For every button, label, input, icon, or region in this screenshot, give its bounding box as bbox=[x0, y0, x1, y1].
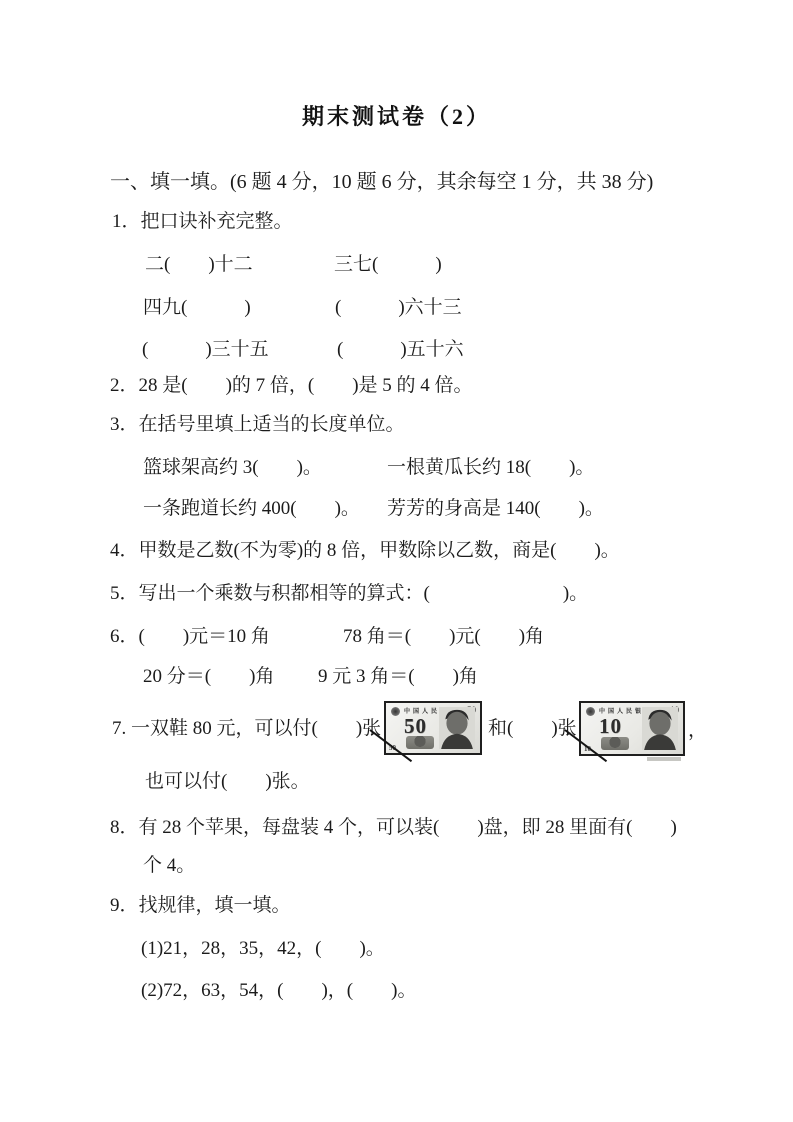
page-title: 期末测试卷（2） bbox=[0, 100, 793, 131]
question-8-line2: 个 4。 bbox=[143, 853, 195, 879]
q9-item-1: (1)21，28，35，42，( )。 bbox=[141, 936, 385, 962]
national-emblem-icon bbox=[586, 707, 595, 716]
q7-trailing-comma: ， bbox=[688, 718, 707, 744]
q9-item-2: (2)72，63，54，( )，( )。 bbox=[141, 978, 416, 1004]
q3-row2-left: 一条跑道长约 400( )。 bbox=[143, 496, 360, 522]
q6-row2-left: 20 分＝( )角 bbox=[143, 664, 274, 690]
q1-row3-left: ( )三十五 bbox=[142, 337, 269, 363]
note-caption-sliver bbox=[647, 757, 681, 761]
q7-text-part1: 7. 一双鞋 80 元，可以付( )张 bbox=[112, 716, 381, 742]
question-9-label: 9．找规律，填一填。 bbox=[110, 893, 291, 919]
q1-row1-right: 三七( ) bbox=[334, 252, 442, 278]
banknote-ornament bbox=[601, 737, 629, 750]
q3-row1-right: 一根黄瓜长约 18( )。 bbox=[387, 455, 594, 481]
section-one-heading: 一、填一填。(6 题 4 分，10 题 6 分，其余每空 1 分，共 38 分) bbox=[110, 169, 653, 195]
national-emblem-icon bbox=[391, 707, 400, 716]
question-1-label: 1．把口诀补充完整。 bbox=[112, 209, 293, 235]
banknote-ornament bbox=[406, 736, 434, 749]
banknote-50-yuan: 中国人民银行 50 50 50 bbox=[384, 701, 482, 755]
banknote-10-yuan: 中国人民银行 10 10 10 bbox=[579, 701, 685, 756]
q3-row1-left: 篮球架高约 3( )。 bbox=[143, 455, 322, 481]
q3-row2-right: 芳芳的身高是 140( )。 bbox=[387, 496, 604, 522]
q6-row1-left: 6．( )元＝10 角 bbox=[110, 624, 270, 650]
q1-row2-right: ( )六十三 bbox=[335, 295, 462, 321]
question-4-label: 4．甲数是乙数(不为零)的 8 倍，甲数除以乙数，商是( )。 bbox=[110, 538, 620, 564]
question-3-label: 3．在括号里填上适当的长度单位。 bbox=[110, 412, 405, 438]
q7-line2: 也可以付( )张。 bbox=[145, 769, 310, 795]
q6-row1-right: 78 角＝( )元( )角 bbox=[343, 624, 544, 650]
question-8-line1: 8．有 28 个苹果，每盘装 4 个，可以装( )盘，即 28 里面有( ) bbox=[110, 815, 677, 841]
mao-portrait bbox=[439, 707, 475, 749]
q7-text-part2: 和( )张 bbox=[488, 716, 577, 742]
test-paper-page: 期末测试卷（2） 一、填一填。(6 题 4 分，10 题 6 分，其余每空 1 … bbox=[0, 0, 793, 1122]
banknote-10-value: 10 bbox=[599, 714, 622, 739]
mao-portrait bbox=[642, 707, 678, 750]
q1-row1-left: 二( )十二 bbox=[145, 252, 253, 278]
q1-row2-left: 四九( ) bbox=[143, 295, 251, 321]
question-2-label: 2．28 是( )的 7 倍，( )是 5 的 4 倍。 bbox=[110, 373, 473, 399]
question-5-label: 5．写出一个乘数与积都相等的算式：( )。 bbox=[110, 581, 588, 607]
q6-row2-right: 9 元 3 角＝( )角 bbox=[318, 664, 478, 690]
q1-row3-right: ( )五十六 bbox=[337, 337, 464, 363]
